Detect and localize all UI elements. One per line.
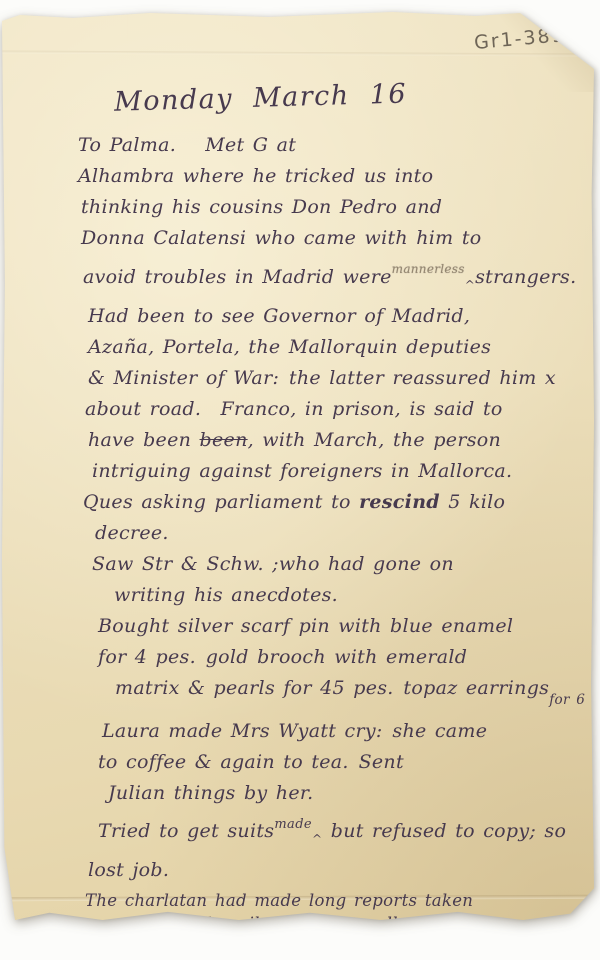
overwritten-word: snaps bbox=[81, 914, 135, 920]
manuscript-line: writing his anecdotes. bbox=[114, 585, 594, 606]
manuscript-line: about road. Franco, in prison, is said t… bbox=[85, 399, 594, 420]
manuscript-line: Saw Str & Schw. ;who had gone on bbox=[92, 554, 594, 575]
manuscript-line: Ques asking parliament to rescind 5 kilo bbox=[83, 492, 594, 513]
manuscript-line: have been been, with March, the person bbox=[88, 430, 594, 451]
manuscript-line: lost job. bbox=[88, 860, 594, 881]
handwritten-text: Monday March 16 bbox=[114, 79, 408, 118]
handwritten-text: To Palma. Met G at bbox=[78, 134, 296, 156]
handwritten-text: have been bbox=[88, 429, 200, 451]
handwritten-text: strangers. bbox=[475, 266, 576, 288]
handwritten-text: decree. bbox=[95, 522, 169, 544]
manuscript-line: Julian things by her. bbox=[108, 783, 594, 804]
ink-insertion: made bbox=[274, 817, 312, 832]
manuscript-line: Azaña, Portela, the Mallorquin deputies bbox=[88, 337, 594, 358]
manuscript-line: Had been to see Governor of Madrid, bbox=[88, 306, 594, 327]
manuscript-line: for 4 pes. gold brooch with emerald bbox=[98, 647, 594, 668]
caret-mark: ^ bbox=[465, 278, 475, 292]
manuscript-line: to coffee & again to tea. Sent bbox=[98, 752, 594, 773]
handwritten-text: Ques asking parliament to bbox=[83, 491, 359, 513]
handwritten-text: writing his anecdotes. bbox=[114, 584, 338, 606]
caret-mark: ^ bbox=[312, 832, 322, 846]
handwritten-text: Tried to get suits bbox=[98, 820, 274, 842]
handwritten-text: intriguing against foreigners in Mallorc… bbox=[92, 460, 512, 482]
manuscript-line: intriguing against foreigners in Mallorc… bbox=[92, 461, 594, 482]
manuscript-line: Alhambra where he tricked us into bbox=[78, 166, 594, 187]
manuscript-line: decree. bbox=[95, 523, 594, 544]
manuscript-line: avoid troubles in Madrid weremannerless^… bbox=[83, 259, 594, 296]
handwritten-text: Laura made Mrs Wyatt cry: she came bbox=[102, 720, 487, 742]
manuscript-lines: Monday March 16To Palma. Met G atAlhambr… bbox=[2, 12, 594, 920]
handwritten-text: thinking his cousins Don Pedro and bbox=[81, 196, 442, 218]
manuscript-paper: Gr1-389 Monday March 16To Palma. Met G a… bbox=[2, 12, 594, 920]
manuscript-line: To Palma. Met G at bbox=[78, 135, 594, 156]
handwritten-text: about road. Franco, in prison, is said t… bbox=[85, 398, 503, 420]
manuscript-line: The charlatan had made long reports take… bbox=[85, 891, 594, 910]
manuscript-line: Tried to get suitsmade^ but refused to c… bbox=[98, 814, 594, 850]
struck-word: been bbox=[200, 429, 248, 451]
manuscript-page-wrapper: Gr1-389 Monday March 16To Palma. Met G a… bbox=[2, 12, 594, 920]
handwritten-text: The charlatan had made long reports take… bbox=[85, 891, 473, 910]
handwritten-text: matrix & pearls for 45 pes. topaz earrin… bbox=[115, 677, 549, 699]
handwritten-text: Had been to see Governor of Madrid, bbox=[88, 305, 470, 327]
handwritten-text: lost job. bbox=[88, 859, 169, 881]
handwritten-text: Bought silver scarf pin with blue enamel bbox=[98, 615, 513, 637]
handwritten-text: Julian things by her. bbox=[108, 782, 314, 804]
handwritten-text: & Minister of War: the latter reassured … bbox=[88, 367, 556, 389]
handwritten-text: , with March, the person bbox=[248, 429, 501, 451]
handwritten-text: Azaña, Portela, the Mallorquin deputies bbox=[88, 336, 491, 358]
handwritten-text: for 4 pes. gold brooch with emerald bbox=[98, 646, 467, 668]
handwritten-text: Saw Str & Schw. ;who had gone on bbox=[92, 553, 454, 575]
handwritten-text: of us: described garden wall as a bbox=[135, 914, 442, 920]
manuscript-line: thinking his cousins Don Pedro and bbox=[81, 197, 594, 218]
manuscript-line: Bought silver scarf pin with blue enamel bbox=[98, 616, 594, 637]
handwritten-text: Donna Calatensi who came with him to bbox=[81, 227, 482, 249]
pencil-insertion: mannerless bbox=[392, 262, 465, 276]
overwritten-word: rescind bbox=[359, 491, 440, 513]
handwritten-text: to coffee & again to tea. Sent bbox=[98, 751, 404, 773]
manuscript-line: snaps of us: described garden wall as a bbox=[81, 914, 594, 920]
handwritten-text: 5 kilo bbox=[440, 491, 505, 513]
manuscript-line: matrix & pearls for 45 pes. topaz earrin… bbox=[115, 678, 594, 711]
manuscript-line: Laura made Mrs Wyatt cry: she came bbox=[102, 721, 594, 742]
handwritten-text: avoid troubles in Madrid were bbox=[83, 266, 392, 288]
handwritten-text: Alhambra where he tricked us into bbox=[78, 165, 433, 187]
manuscript-line: Donna Calatensi who came with him to bbox=[81, 228, 594, 249]
handwritten-text: but refused to copy; so bbox=[322, 820, 566, 842]
date-heading: Monday March 16 bbox=[114, 73, 594, 117]
manuscript-line: & Minister of War: the latter reassured … bbox=[88, 368, 594, 389]
below-line-note: for 6 bbox=[549, 692, 585, 708]
